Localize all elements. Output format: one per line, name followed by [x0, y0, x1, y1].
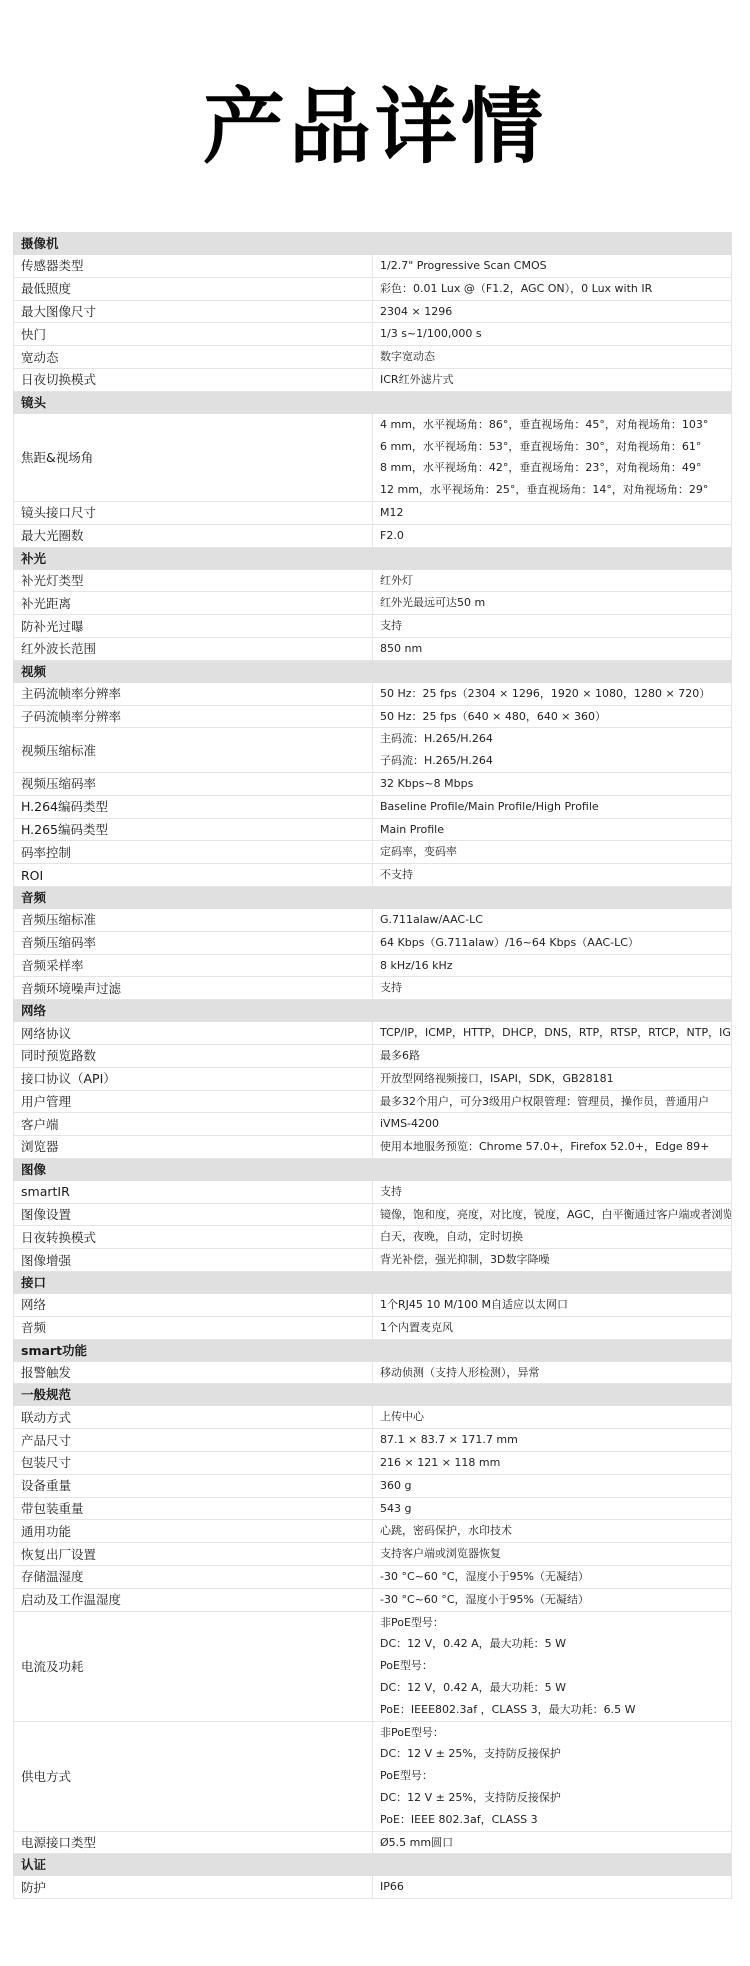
spec-value: G.711alaw/AAC-LC — [373, 908, 732, 931]
spec-value-line: IP66 — [380, 1876, 731, 1898]
spec-label: 音频采样率 — [14, 954, 373, 977]
spec-value-line: F2.0 — [380, 525, 731, 547]
spec-value: 最多32个用户，可分3级用户权限管理：管理员，操作员，普通用户 — [373, 1090, 732, 1113]
spec-label: 补光灯类型 — [14, 569, 373, 592]
spec-label: 客户端 — [14, 1113, 373, 1136]
spec-row: 图像设置镜像，饱和度，亮度，对比度，锐度，AGC，白平衡通过客户端或者浏览器可调 — [14, 1203, 732, 1226]
spec-row: 焦距&视场角4 mm，水平视场角：86°，垂直视场角：45°，对角视场角：103… — [14, 413, 732, 501]
spec-value-line: 使用本地服务预览：Chrome 57.0+，Firefox 52.0+，Edge… — [380, 1136, 731, 1158]
spec-row: H.264编码类型Baseline Profile/Main Profile/H… — [14, 795, 732, 818]
spec-label: 焦距&视场角 — [14, 413, 373, 501]
spec-value-line: 6 mm，水平视场角：53°，垂直视场角：30°，对角视场角：61° — [380, 436, 731, 458]
spec-row: 音频压缩码率64 Kbps（G.711alaw）/16~64 Kbps（AAC-… — [14, 931, 732, 954]
spec-value: 4 mm，水平视场角：86°，垂直视场角：45°，对角视场角：103°6 mm，… — [373, 413, 732, 501]
spec-value: IP66 — [373, 1876, 732, 1899]
spec-value: 数字宽动态 — [373, 346, 732, 369]
spec-row: 联动方式上传中心 — [14, 1406, 732, 1429]
spec-row: 电流及功耗非PoE型号：DC：12 V，0.42 A，最大功耗：5 WPoE型号… — [14, 1611, 732, 1721]
spec-value-line: 50 Hz：25 fps（2304 × 1296，1920 × 1080，128… — [380, 683, 731, 705]
spec-value-line: 2304 × 1296 — [380, 301, 731, 323]
spec-value-line: 红外灯 — [380, 570, 731, 592]
spec-value: 心跳，密码保护，水印技术 — [373, 1520, 732, 1543]
spec-value-line: 红外光最远可达50 m — [380, 592, 731, 614]
spec-value-line: 8 kHz/16 kHz — [380, 955, 731, 977]
section-title: 网络 — [14, 1000, 732, 1022]
spec-label: 带包装重量 — [14, 1497, 373, 1520]
spec-value-line: 子码流：H.265/H.264 — [380, 750, 731, 772]
spec-label: 音频 — [14, 1316, 373, 1339]
spec-value: 543 g — [373, 1497, 732, 1520]
spec-label: 镜头接口尺寸 — [14, 501, 373, 524]
spec-row: 镜头接口尺寸M12 — [14, 501, 732, 524]
spec-value: 上传中心 — [373, 1406, 732, 1429]
section-header: 接口 — [14, 1272, 732, 1294]
spec-label: 音频环境噪声过滤 — [14, 977, 373, 1000]
spec-value-line: 1个内置麦克风 — [380, 1317, 731, 1339]
spec-value: 定码率，变码率 — [373, 841, 732, 864]
spec-value: 非PoE型号：DC：12 V ± 25%，支持防反接保护PoE型号：DC：12 … — [373, 1721, 732, 1831]
spec-row: 日夜切换模式ICR红外滤片式 — [14, 368, 732, 391]
spec-value: Baseline Profile/Main Profile/High Profi… — [373, 795, 732, 818]
section-header: 认证 — [14, 1854, 732, 1876]
spec-row: 浏览器使用本地服务预览：Chrome 57.0+，Firefox 52.0+，E… — [14, 1136, 732, 1159]
spec-value: 2304 × 1296 — [373, 300, 732, 323]
section-title: 一般规范 — [14, 1384, 732, 1406]
spec-value-line: 支持客户端或浏览器恢复 — [380, 1543, 731, 1565]
spec-row: 最大图像尺寸2304 × 1296 — [14, 300, 732, 323]
spec-value-line: 1/2.7" Progressive Scan CMOS — [380, 255, 731, 277]
spec-label: 浏览器 — [14, 1136, 373, 1159]
spec-value-line: 支持 — [380, 1181, 731, 1203]
spec-value: 50 Hz：25 fps（2304 × 1296，1920 × 1080，128… — [373, 682, 732, 705]
spec-value-line: DC：12 V，0.42 A，最大功耗：5 W — [380, 1677, 731, 1699]
spec-value-line: 移动侦测（支持人形检测），异常 — [380, 1362, 731, 1384]
spec-row: 最低照度彩色：0.01 Lux @（F1.2，AGC ON），0 Lux wit… — [14, 277, 732, 300]
spec-label: 接口协议（API） — [14, 1067, 373, 1090]
spec-value-line: PoE型号： — [380, 1765, 731, 1787]
spec-value: iVMS-4200 — [373, 1113, 732, 1136]
spec-label: 同时预览路数 — [14, 1044, 373, 1067]
spec-row: 网络1个RJ45 10 M/100 M自适应以太网口 — [14, 1294, 732, 1317]
spec-value: 支持客户端或浏览器恢复 — [373, 1543, 732, 1566]
spec-label: 视频压缩码率 — [14, 772, 373, 795]
spec-value: 1/2.7" Progressive Scan CMOS — [373, 255, 732, 278]
spec-value: 非PoE型号：DC：12 V，0.42 A，最大功耗：5 WPoE型号：DC：1… — [373, 1611, 732, 1721]
section-title: smart功能 — [14, 1339, 732, 1361]
spec-table-body: 摄像机传感器类型1/2.7" Progressive Scan CMOS最低照度… — [14, 233, 732, 1899]
spec-value-line: PoE型号： — [380, 1655, 731, 1677]
section-header: 音频 — [14, 886, 732, 908]
spec-value: 支持 — [373, 615, 732, 638]
spec-row: 红外波长范围850 nm — [14, 637, 732, 660]
spec-label: 网络 — [14, 1294, 373, 1317]
section-title: 音频 — [14, 886, 732, 908]
spec-row: 音频1个内置麦克风 — [14, 1316, 732, 1339]
section-title: 补光 — [14, 547, 732, 569]
spec-label: 防护 — [14, 1876, 373, 1899]
spec-value-line: iVMS-4200 — [380, 1113, 731, 1135]
spec-value: Ø5.5 mm圆口 — [373, 1831, 732, 1854]
spec-value-line: -30 °C~60 °C，湿度小于95%（无凝结） — [380, 1589, 731, 1611]
spec-value: 360 g — [373, 1474, 732, 1497]
spec-value: 87.1 × 83.7 × 171.7 mm — [373, 1429, 732, 1452]
spec-row: 传感器类型1/2.7" Progressive Scan CMOS — [14, 255, 732, 278]
spec-row: 快门1/3 s~1/100,000 s — [14, 323, 732, 346]
spec-row: 接口协议（API）开放型网络视频接口，ISAPI，SDK，GB28181 — [14, 1067, 732, 1090]
spec-value-line: 支持 — [380, 615, 731, 637]
spec-value-line: 彩色：0.01 Lux @（F1.2，AGC ON），0 Lux with IR — [380, 278, 731, 300]
spec-value: 支持 — [373, 977, 732, 1000]
spec-value-line: 87.1 × 83.7 × 171.7 mm — [380, 1429, 731, 1451]
spec-row: 包装尺寸216 × 121 × 118 mm — [14, 1452, 732, 1475]
spec-value: 1/3 s~1/100,000 s — [373, 323, 732, 346]
spec-row: 防护IP66 — [14, 1876, 732, 1899]
page-title: 产品详情 — [0, 78, 750, 178]
spec-value-line: 50 Hz：25 fps（640 × 480，640 × 360） — [380, 706, 731, 728]
spec-row: 补光距离红外光最远可达50 m — [14, 592, 732, 615]
spec-row: 客户端iVMS-4200 — [14, 1113, 732, 1136]
spec-label: 主码流帧率分辨率 — [14, 682, 373, 705]
spec-value-line: 8 mm，水平视场角：42°，垂直视场角：23°，对角视场角：49° — [380, 457, 731, 479]
spec-value: TCP/IP，ICMP，HTTP，DHCP，DNS，RTP，RTSP，RTCP，… — [373, 1022, 732, 1045]
spec-label: 恢复出厂设置 — [14, 1543, 373, 1566]
section-title: 接口 — [14, 1272, 732, 1294]
spec-value-line: DC：12 V ± 25%，支持防反接保护 — [380, 1743, 731, 1765]
spec-label: 联动方式 — [14, 1406, 373, 1429]
spec-label: 视频压缩标准 — [14, 728, 373, 773]
spec-value: 使用本地服务预览：Chrome 57.0+，Firefox 52.0+，Edge… — [373, 1136, 732, 1159]
section-title: 镜头 — [14, 391, 732, 413]
spec-row: 供电方式非PoE型号：DC：12 V ± 25%，支持防反接保护PoE型号：DC… — [14, 1721, 732, 1831]
spec-row: 产品尺寸87.1 × 83.7 × 171.7 mm — [14, 1429, 732, 1452]
spec-value: Main Profile — [373, 818, 732, 841]
section-header: 镜头 — [14, 391, 732, 413]
spec-label: 快门 — [14, 323, 373, 346]
spec-value-line: 543 g — [380, 1498, 731, 1520]
spec-value: 红外灯 — [373, 569, 732, 592]
spec-value: -30 °C~60 °C，湿度小于95%（无凝结） — [373, 1588, 732, 1611]
spec-row: 电源接口类型Ø5.5 mm圆口 — [14, 1831, 732, 1854]
spec-label: smartIR — [14, 1180, 373, 1203]
spec-label: 产品尺寸 — [14, 1429, 373, 1452]
spec-label: 日夜转换模式 — [14, 1226, 373, 1249]
spec-row: 码率控制定码率，变码率 — [14, 841, 732, 864]
section-header: smart功能 — [14, 1339, 732, 1361]
spec-label: 子码流帧率分辨率 — [14, 705, 373, 728]
spec-label: 传感器类型 — [14, 255, 373, 278]
spec-value: 不支持 — [373, 864, 732, 887]
spec-row: 存储温湿度-30 °C~60 °C，湿度小于95%（无凝结） — [14, 1566, 732, 1589]
spec-value: M12 — [373, 501, 732, 524]
spec-table: 摄像机传感器类型1/2.7" Progressive Scan CMOS最低照度… — [13, 232, 732, 1899]
spec-label: 电源接口类型 — [14, 1831, 373, 1854]
spec-label: 通用功能 — [14, 1520, 373, 1543]
spec-row: 带包装重量543 g — [14, 1497, 732, 1520]
spec-row: 启动及工作温湿度-30 °C~60 °C，湿度小于95%（无凝结） — [14, 1588, 732, 1611]
spec-value-line: 非PoE型号： — [380, 1722, 731, 1744]
spec-label: ROI — [14, 864, 373, 887]
spec-value: F2.0 — [373, 524, 732, 547]
spec-value: 镜像，饱和度，亮度，对比度，锐度，AGC，白平衡通过客户端或者浏览器可调 — [373, 1203, 732, 1226]
spec-value: -30 °C~60 °C，湿度小于95%（无凝结） — [373, 1566, 732, 1589]
spec-value-line: Baseline Profile/Main Profile/High Profi… — [380, 796, 731, 818]
spec-label: 宽动态 — [14, 346, 373, 369]
spec-value-line: Main Profile — [380, 819, 731, 841]
spec-row: 同时预览路数最多6路 — [14, 1044, 732, 1067]
spec-row: ROI不支持 — [14, 864, 732, 887]
section-header: 视频 — [14, 660, 732, 682]
spec-value: 50 Hz：25 fps（640 × 480，640 × 360） — [373, 705, 732, 728]
spec-value: 移动侦测（支持人形检测），异常 — [373, 1361, 732, 1384]
spec-label: 红外波长范围 — [14, 637, 373, 660]
spec-label: 图像增强 — [14, 1249, 373, 1272]
spec-value-line: DC：12 V，0.42 A，最大功耗：5 W — [380, 1633, 731, 1655]
spec-value-line: PoE：IEEE 802.3af，CLASS 3 — [380, 1809, 731, 1831]
spec-value-line: 定码率，变码率 — [380, 841, 731, 863]
spec-value: 最多6路 — [373, 1044, 732, 1067]
spec-value-line: G.711alaw/AAC-LC — [380, 909, 731, 931]
spec-row: 防补光过曝支持 — [14, 615, 732, 638]
spec-value-line: 心跳，密码保护，水印技术 — [380, 1520, 731, 1542]
spec-label: 音频压缩码率 — [14, 931, 373, 954]
spec-value-line: 主码流：H.265/H.264 — [380, 728, 731, 750]
spec-value-line: -30 °C~60 °C，湿度小于95%（无凝结） — [380, 1566, 731, 1588]
spec-row: 用户管理最多32个用户，可分3级用户权限管理：管理员，操作员，普通用户 — [14, 1090, 732, 1113]
spec-row: 视频压缩码率32 Kbps~8 Mbps — [14, 772, 732, 795]
spec-row: 通用功能心跳，密码保护，水印技术 — [14, 1520, 732, 1543]
section-header: 补光 — [14, 547, 732, 569]
spec-value-line: 支持 — [380, 977, 731, 999]
spec-value: 1个RJ45 10 M/100 M自适应以太网口 — [373, 1294, 732, 1317]
spec-value-line: 非PoE型号： — [380, 1612, 731, 1634]
spec-value: 64 Kbps（G.711alaw）/16~64 Kbps（AAC-LC） — [373, 931, 732, 954]
spec-row: 图像增强背光补偿，强光抑制，3D数字降噪 — [14, 1249, 732, 1272]
section-header: 网络 — [14, 1000, 732, 1022]
spec-value-line: 1个RJ45 10 M/100 M自适应以太网口 — [380, 1294, 731, 1316]
section-title: 认证 — [14, 1854, 732, 1876]
spec-value: 白天，夜晚，自动，定时切换 — [373, 1226, 732, 1249]
spec-label: 启动及工作温湿度 — [14, 1588, 373, 1611]
spec-value-line: DC：12 V ± 25%，支持防反接保护 — [380, 1787, 731, 1809]
spec-value-line: 12 mm，水平视场角：25°，垂直视场角：14°，对角视场角：29° — [380, 479, 731, 501]
spec-value-line: 开放型网络视频接口，ISAPI，SDK，GB28181 — [380, 1068, 731, 1090]
spec-value-line: M12 — [380, 502, 731, 524]
spec-value-line: 850 nm — [380, 638, 731, 660]
spec-value-line: 64 Kbps（G.711alaw）/16~64 Kbps（AAC-LC） — [380, 932, 731, 954]
spec-label: H.265编码类型 — [14, 818, 373, 841]
spec-value: 1个内置麦克风 — [373, 1316, 732, 1339]
spec-value: 8 kHz/16 kHz — [373, 954, 732, 977]
spec-label: 最大图像尺寸 — [14, 300, 373, 323]
spec-row: 报警触发移动侦测（支持人形检测），异常 — [14, 1361, 732, 1384]
spec-value: 支持 — [373, 1180, 732, 1203]
spec-label: 用户管理 — [14, 1090, 373, 1113]
section-header: 摄像机 — [14, 233, 732, 255]
spec-label: 日夜切换模式 — [14, 368, 373, 391]
spec-value-line: 不支持 — [380, 864, 731, 886]
spec-label: 补光距离 — [14, 592, 373, 615]
spec-value: 红外光最远可达50 m — [373, 592, 732, 615]
spec-value-line: TCP/IP，ICMP，HTTP，DHCP，DNS，RTP，RTSP，RTCP，… — [380, 1022, 731, 1044]
section-header: 一般规范 — [14, 1384, 732, 1406]
spec-label: H.264编码类型 — [14, 795, 373, 818]
spec-row: smartIR支持 — [14, 1180, 732, 1203]
spec-label: 设备重量 — [14, 1474, 373, 1497]
spec-value-line: Ø5.5 mm圆口 — [380, 1832, 731, 1854]
spec-row: 宽动态数字宽动态 — [14, 346, 732, 369]
spec-value: 背光补偿，强光抑制，3D数字降噪 — [373, 1249, 732, 1272]
section-title: 图像 — [14, 1158, 732, 1180]
spec-value: 216 × 121 × 118 mm — [373, 1452, 732, 1475]
spec-value-line: 360 g — [380, 1475, 731, 1497]
spec-value-line: 上传中心 — [380, 1406, 731, 1428]
spec-row: 设备重量360 g — [14, 1474, 732, 1497]
spec-value-line: 1/3 s~1/100,000 s — [380, 323, 731, 345]
spec-row: 音频压缩标准G.711alaw/AAC-LC — [14, 908, 732, 931]
spec-label: 防补光过曝 — [14, 615, 373, 638]
spec-row: 日夜转换模式白天，夜晚，自动，定时切换 — [14, 1226, 732, 1249]
spec-row: 网络协议TCP/IP，ICMP，HTTP，DHCP，DNS，RTP，RTSP，R… — [14, 1022, 732, 1045]
spec-value-line: 32 Kbps~8 Mbps — [380, 773, 731, 795]
spec-value-line: PoE：IEEE802.3af ，CLASS 3，最大功耗：6.5 W — [380, 1699, 731, 1721]
spec-label: 码率控制 — [14, 841, 373, 864]
spec-label: 供电方式 — [14, 1721, 373, 1831]
spec-value-line: 216 × 121 × 118 mm — [380, 1452, 731, 1474]
spec-value: 彩色：0.01 Lux @（F1.2，AGC ON），0 Lux with IR — [373, 277, 732, 300]
spec-label: 音频压缩标准 — [14, 908, 373, 931]
spec-value: 850 nm — [373, 637, 732, 660]
spec-label: 图像设置 — [14, 1203, 373, 1226]
section-title: 视频 — [14, 660, 732, 682]
spec-row: 补光灯类型红外灯 — [14, 569, 732, 592]
section-title: 摄像机 — [14, 233, 732, 255]
spec-value-line: 数字宽动态 — [380, 346, 731, 368]
spec-row: 音频环境噪声过滤支持 — [14, 977, 732, 1000]
spec-row: 视频压缩标准主码流：H.265/H.264子码流：H.265/H.264 — [14, 728, 732, 773]
spec-label: 电流及功耗 — [14, 1611, 373, 1721]
spec-value-line: 镜像，饱和度，亮度，对比度，锐度，AGC，白平衡通过客户端或者浏览器可调 — [380, 1204, 731, 1226]
spec-value: 开放型网络视频接口，ISAPI，SDK，GB28181 — [373, 1067, 732, 1090]
spec-row: H.265编码类型Main Profile — [14, 818, 732, 841]
spec-value-line: ICR红外滤片式 — [380, 369, 731, 391]
spec-row: 主码流帧率分辨率50 Hz：25 fps（2304 × 1296，1920 × … — [14, 682, 732, 705]
spec-value: 主码流：H.265/H.264子码流：H.265/H.264 — [373, 728, 732, 773]
spec-value-line: 最多32个用户，可分3级用户权限管理：管理员，操作员，普通用户 — [380, 1091, 731, 1113]
spec-row: 子码流帧率分辨率50 Hz：25 fps（640 × 480，640 × 360… — [14, 705, 732, 728]
spec-value-line: 白天，夜晚，自动，定时切换 — [380, 1226, 731, 1248]
spec-label: 最低照度 — [14, 277, 373, 300]
spec-label: 报警触发 — [14, 1361, 373, 1384]
spec-label: 最大光圈数 — [14, 524, 373, 547]
spec-value: ICR红外滤片式 — [373, 368, 732, 391]
spec-label: 包装尺寸 — [14, 1452, 373, 1475]
spec-value: 32 Kbps~8 Mbps — [373, 772, 732, 795]
spec-value-line: 最多6路 — [380, 1045, 731, 1067]
spec-row: 最大光圈数F2.0 — [14, 524, 732, 547]
section-header: 图像 — [14, 1158, 732, 1180]
spec-row: 恢复出厂设置支持客户端或浏览器恢复 — [14, 1543, 732, 1566]
spec-value-line: 4 mm，水平视场角：86°，垂直视场角：45°，对角视场角：103° — [380, 414, 731, 436]
spec-value-line: 背光补偿，强光抑制，3D数字降噪 — [380, 1249, 731, 1271]
spec-label: 存储温湿度 — [14, 1566, 373, 1589]
spec-row: 音频采样率8 kHz/16 kHz — [14, 954, 732, 977]
spec-label: 网络协议 — [14, 1022, 373, 1045]
